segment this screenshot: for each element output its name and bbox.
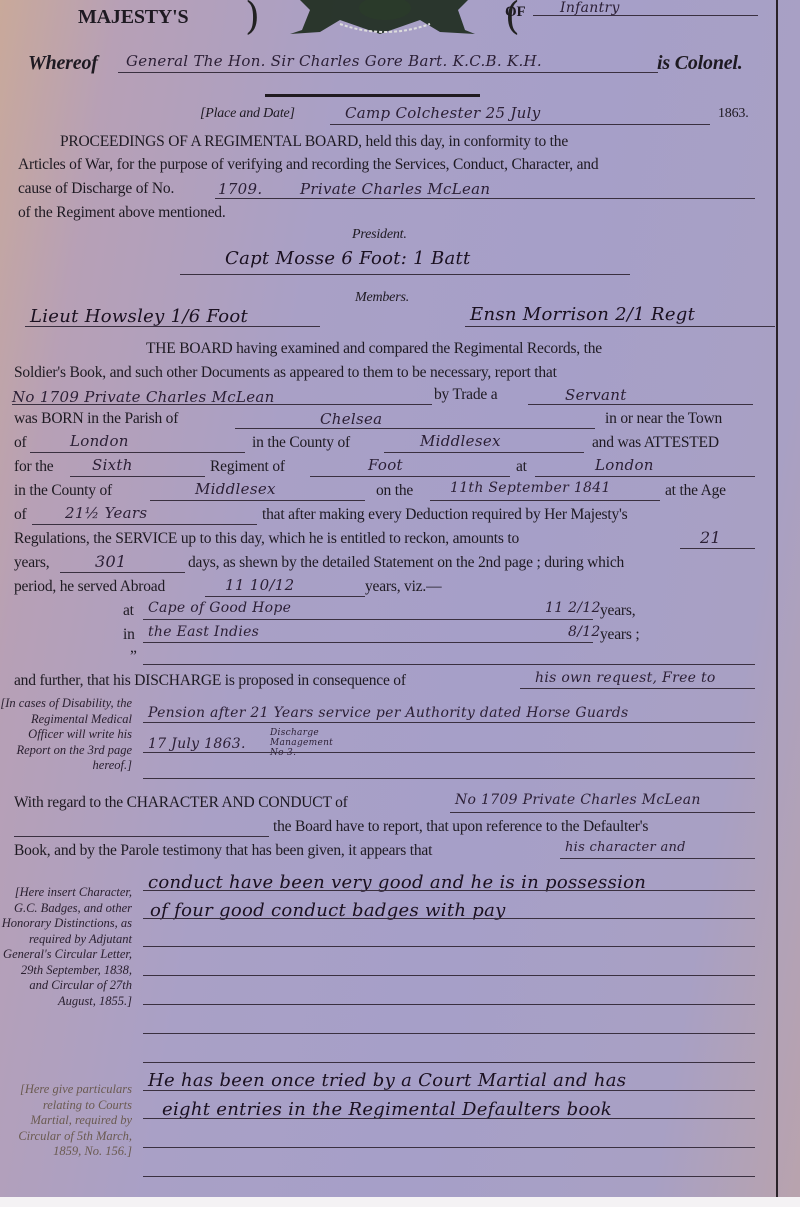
line xyxy=(143,664,755,665)
town-label: in or near the Town xyxy=(605,410,722,428)
line xyxy=(520,688,755,689)
courts-martial-value-line-2: eight entries in the Regimental Defaulte… xyxy=(162,1099,612,1120)
whereof-label: Whereof xyxy=(28,52,98,75)
royal-coat-of-arms-icon xyxy=(280,0,490,40)
colonel-name-value: General The Hon. Sir Charles Gore Bart. … xyxy=(126,52,542,70)
county2-value: Middlesex xyxy=(195,480,276,498)
attest-place-value: London xyxy=(595,456,654,474)
of-label: OF xyxy=(505,4,525,21)
regiment-of-label: Regiment of xyxy=(210,458,285,476)
station-1-years: 11 2/12 xyxy=(545,600,601,616)
line xyxy=(215,198,755,199)
born-label: was BORN in the Parish of xyxy=(14,410,178,428)
president-value: Capt Mosse 6 Foot: 1 Batt xyxy=(225,248,471,269)
county-value: Middlesex xyxy=(420,432,501,450)
station-1-suffix: years, xyxy=(600,602,635,620)
report-line-2: Soldier's Book, and such other Documents… xyxy=(14,364,557,382)
board-report-text: the Board have to report, that upon refe… xyxy=(273,818,648,836)
line xyxy=(235,428,595,429)
station-2-place: the East Indies xyxy=(148,624,259,640)
days-text: days, as shewn by the detailed Statement… xyxy=(188,554,624,572)
station-2-years: 8/12 xyxy=(568,624,601,640)
regiment-number-value: Sixth xyxy=(92,456,133,474)
line xyxy=(143,975,755,976)
service-text: Regulations, the SERVICE up to this day,… xyxy=(14,530,519,548)
line xyxy=(143,1033,755,1034)
discharge-reason-line-3: 17 July 1863. xyxy=(148,736,246,752)
line xyxy=(143,1118,755,1119)
attested-label: and was ATTESTED xyxy=(592,434,719,452)
character-side-note: [Here insert Character, G.C. Badges, and… xyxy=(0,885,132,1009)
president-label: President. xyxy=(352,227,407,243)
line xyxy=(143,778,755,779)
year-value: 1863. xyxy=(718,106,749,122)
abroad-viz-label: years, viz.— xyxy=(365,578,441,596)
line xyxy=(118,72,658,73)
line xyxy=(150,500,365,501)
parole-text: Book, and by the Parole testimony that h… xyxy=(14,842,432,860)
service-years-value: 21 xyxy=(700,528,721,547)
on-the-label: on the xyxy=(376,482,413,500)
line xyxy=(450,812,755,813)
line xyxy=(60,572,185,573)
county-label: in the County of xyxy=(252,434,350,452)
line xyxy=(528,404,753,405)
courts-martial-side-note: [Here give particulars relating to Court… xyxy=(0,1082,132,1160)
line xyxy=(143,946,755,947)
abroad-years-value: 11 10/12 xyxy=(225,576,294,594)
line xyxy=(143,1062,755,1063)
line xyxy=(32,524,257,525)
station-2-suffix: years ; xyxy=(600,626,639,644)
line xyxy=(680,548,755,549)
discharge-label: and further, that his DISCHARGE is propo… xyxy=(14,672,406,690)
majesty-label: MAJESTY'S xyxy=(78,6,188,29)
line xyxy=(12,404,432,405)
trade-label: by Trade a xyxy=(434,386,497,404)
courts-martial-value-line-1: He has been once tried by a Court Martia… xyxy=(148,1070,626,1091)
station-1-place: Cape of Good Hope xyxy=(148,600,291,616)
line xyxy=(143,752,755,753)
service-days-value: 301 xyxy=(95,552,126,571)
station-1-prep: at xyxy=(123,602,134,620)
line xyxy=(70,476,205,477)
line xyxy=(143,642,593,643)
member-1-value: Lieut Howsley 1/6 Foot xyxy=(30,306,248,327)
station-3-prep: ” xyxy=(130,648,137,666)
discharge-reason-line-2: Pension after 21 Years service per Autho… xyxy=(148,705,629,721)
disability-side-note: [In cases of Disability, the Regimental … xyxy=(0,696,132,774)
line xyxy=(330,124,710,125)
line xyxy=(533,15,758,16)
member-2-value: Ensn Morrison 2/1 Regt xyxy=(470,304,695,325)
of-label-2: of xyxy=(14,434,27,452)
line xyxy=(205,596,365,597)
members-label: Members. xyxy=(355,290,409,306)
discharge-reason-line-1: his own request, Free to xyxy=(535,670,716,686)
character-value-line-1: his character and xyxy=(565,840,686,855)
discharge-note: Discharge Management No 3. xyxy=(270,728,350,758)
line xyxy=(143,918,755,919)
soldier-name-value: Private Charles McLean xyxy=(300,180,490,198)
line xyxy=(143,890,755,891)
at-label: at xyxy=(516,458,527,476)
place-date-value: Camp Colchester 25 July xyxy=(345,104,541,122)
line xyxy=(143,1004,755,1005)
line xyxy=(384,452,584,453)
trade-value: Servant xyxy=(565,386,627,404)
divider xyxy=(265,94,480,97)
line xyxy=(143,722,755,723)
line xyxy=(14,836,269,837)
is-colonel-label: is Colonel. xyxy=(657,52,743,75)
scan-edge xyxy=(0,1197,800,1207)
line xyxy=(180,274,630,275)
abroad-label: period, he served Abroad xyxy=(14,578,165,596)
station-2-prep: in xyxy=(123,626,135,644)
for-the-label: for the xyxy=(14,458,53,476)
line xyxy=(143,619,593,620)
soldier-no-value: 1709. xyxy=(218,180,262,198)
report-line-1: THE BOARD having examined and compared t… xyxy=(146,340,602,358)
years-label: years, xyxy=(14,554,49,572)
right-margin-rule xyxy=(776,0,778,1197)
age-label: at the Age xyxy=(665,482,726,500)
parish-value: Chelsea xyxy=(320,410,382,428)
regiment-type-value: Infantry xyxy=(560,0,620,16)
deduction-text: that after making every Deduction requir… xyxy=(262,506,627,524)
bracket-left: ) xyxy=(245,0,260,38)
line xyxy=(30,452,245,453)
line xyxy=(143,1090,755,1091)
town-value: London xyxy=(70,432,129,450)
character-label: With regard to the CHARACTER AND CONDUCT… xyxy=(14,794,348,812)
intro-line-2: Articles of War, for the purpose of veri… xyxy=(18,156,598,174)
intro-line-4: of the Regiment above mentioned. xyxy=(18,204,226,222)
line xyxy=(560,858,755,859)
line xyxy=(25,326,320,327)
regiment-arm-value: Foot xyxy=(368,456,403,474)
line xyxy=(143,1147,755,1148)
discharge-document: ) ( MAJESTY'S OF Infantry Whereof Genera… xyxy=(0,0,800,1197)
discharge-no-label: cause of Discharge of No. xyxy=(18,180,174,198)
intro-line-1: PROCEEDINGS OF A REGIMENTAL BOARD, held … xyxy=(60,133,568,151)
character-soldier-ref: No 1709 Private Charles McLean xyxy=(455,792,701,808)
attest-date-value: 11th September 1841 xyxy=(450,480,611,496)
of2-label: of xyxy=(14,506,27,524)
line xyxy=(310,476,510,477)
line xyxy=(465,326,775,327)
line xyxy=(430,500,660,501)
place-date-label: [Place and Date] xyxy=(200,106,295,122)
line xyxy=(535,476,755,477)
line xyxy=(143,1176,755,1177)
age-value: 21½ Years xyxy=(65,504,147,522)
county2-label: in the County of xyxy=(14,482,112,500)
